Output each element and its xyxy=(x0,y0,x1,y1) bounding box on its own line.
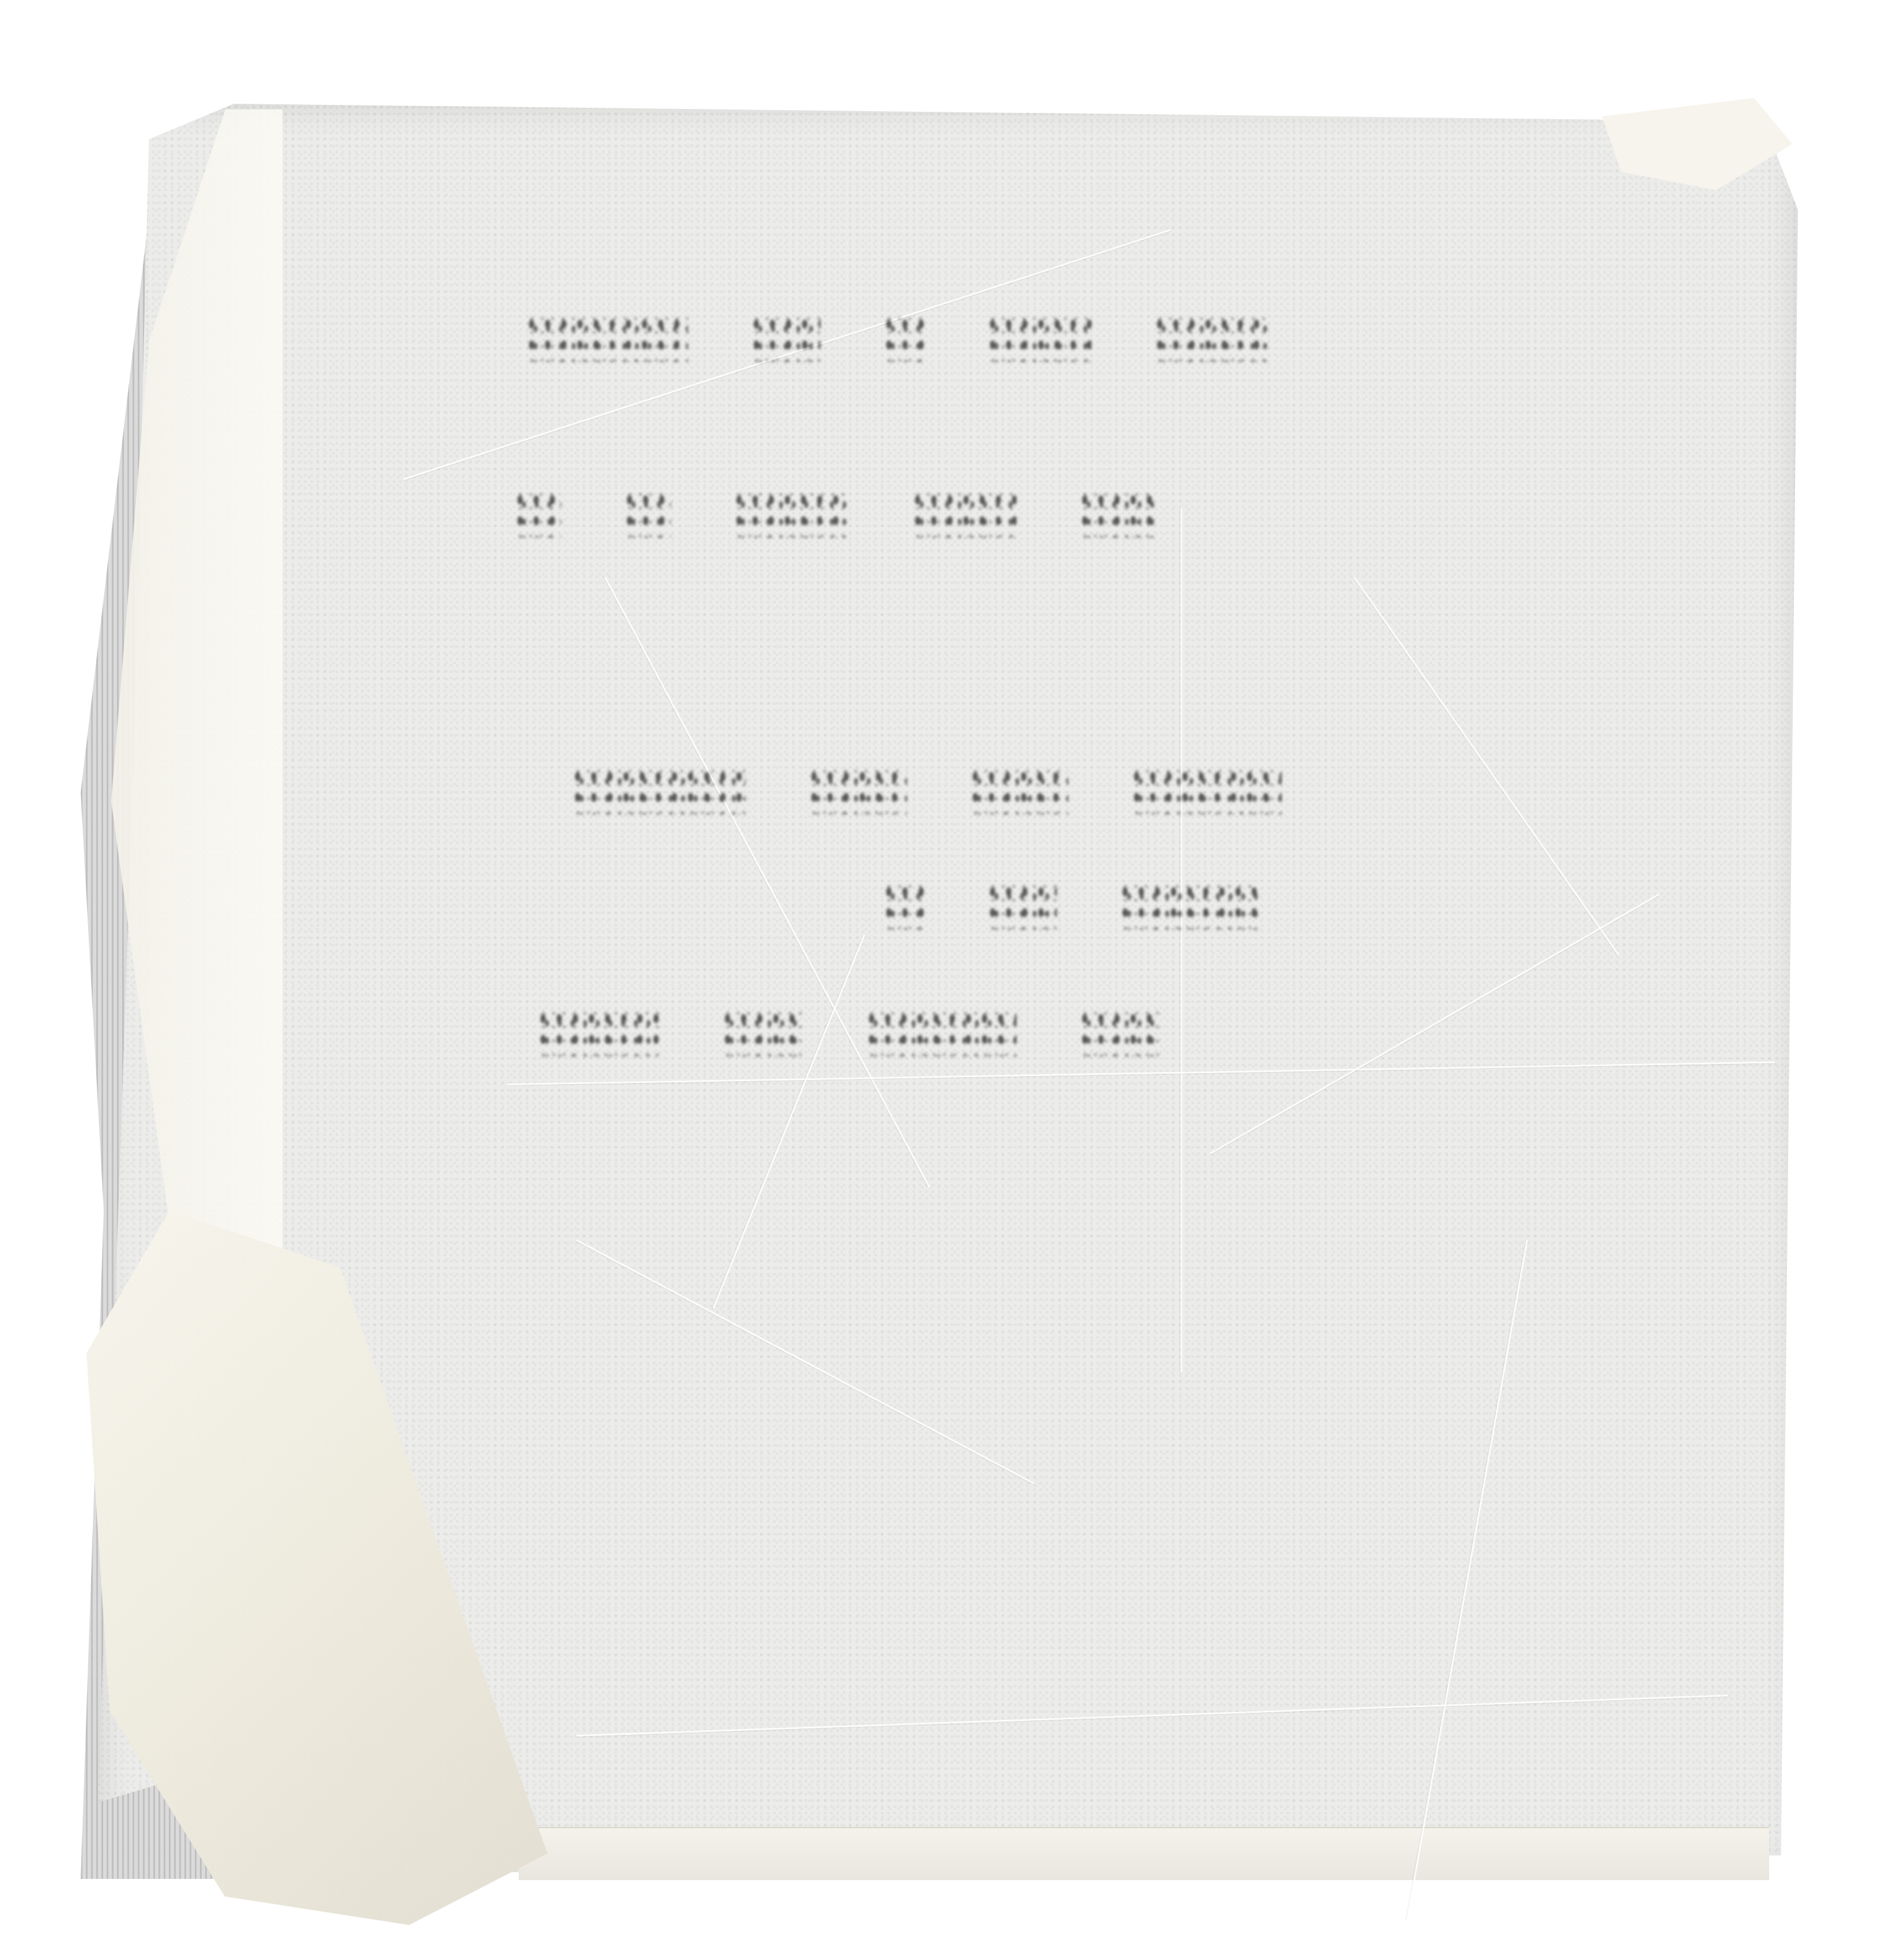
ink-word xyxy=(538,1010,659,1056)
ink-word xyxy=(734,492,849,538)
ink-word xyxy=(988,316,1091,362)
ink-word xyxy=(970,768,1068,814)
ink-word xyxy=(527,316,688,362)
ink-word xyxy=(515,492,561,538)
ink-word xyxy=(867,1010,1017,1056)
ink-word xyxy=(1080,1010,1161,1056)
ink-word xyxy=(1155,316,1270,362)
napkin-bottom-edge xyxy=(519,1827,1769,1880)
photo-scene: Photograph of a crumpled, creased paper … xyxy=(0,0,1904,1955)
ink-word xyxy=(988,884,1057,930)
ink-word xyxy=(1120,884,1259,930)
napkin-text-line-1 xyxy=(392,262,1333,314)
ink-word xyxy=(809,768,907,814)
crease xyxy=(1181,508,1183,1373)
ink-word xyxy=(723,1010,803,1056)
napkin-text-line-2 xyxy=(380,438,1218,490)
ink-word xyxy=(884,884,924,930)
napkin-text-line-4 xyxy=(749,830,1322,882)
napkin-text-line-5 xyxy=(403,957,1224,1009)
napkin-text-line-3 xyxy=(438,715,1345,767)
ink-word xyxy=(625,492,671,538)
ink-word xyxy=(913,492,1017,538)
ink-word xyxy=(1132,768,1282,814)
ink-word xyxy=(573,768,746,814)
ink-word xyxy=(751,316,821,362)
ink-word xyxy=(884,316,924,362)
ink-word xyxy=(1080,492,1155,538)
